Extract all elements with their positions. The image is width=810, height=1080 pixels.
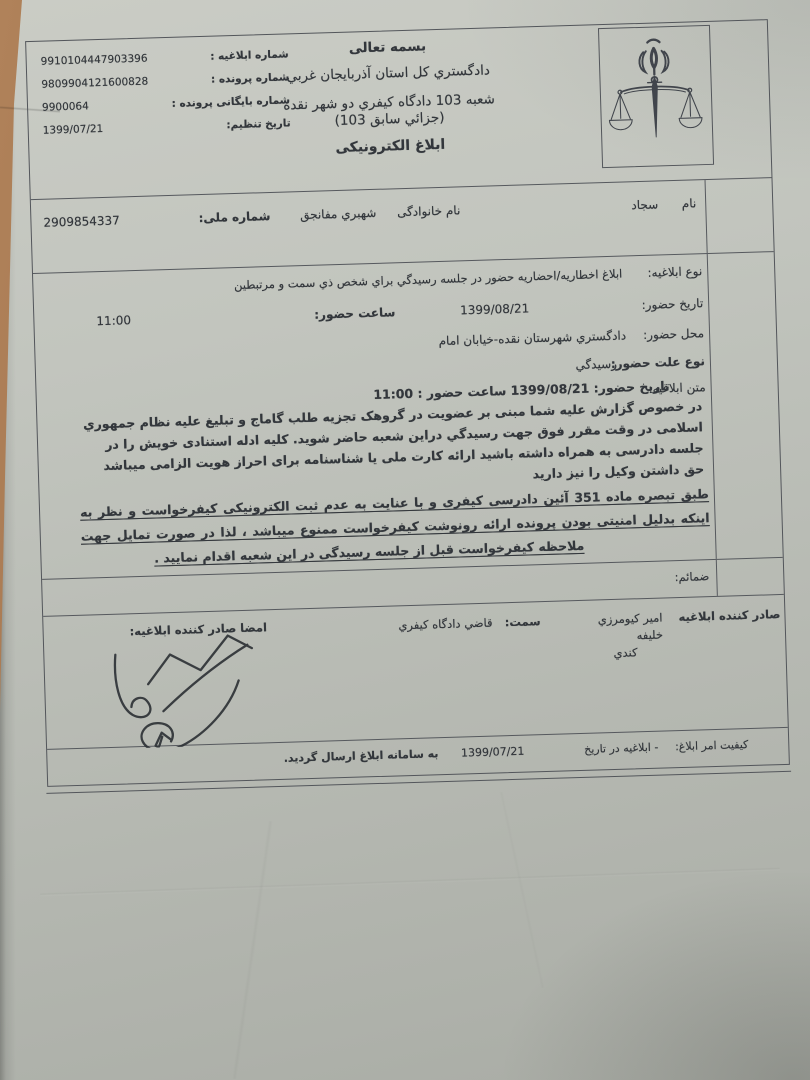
appearance-reason-value: رسیدگي — [575, 357, 617, 372]
cell-divider — [716, 560, 718, 596]
legal-note-underlined: طبق تبصره ماده 351 آئین دادرسی کیفری و ب… — [80, 482, 711, 573]
notification-form: بسمه تعالی دادگستري کل استان آذربایجان غ… — [25, 19, 790, 787]
delivery-text-suffix: به سامانه ابلاغ ارسال گردید. — [284, 747, 439, 765]
appearance-place-label: محل حضور: — [643, 326, 704, 342]
handwritten-signature — [62, 632, 275, 750]
delivery-text-prefix: - ابلاغیه در تاریخ — [584, 741, 659, 756]
notice-number-value: 9910104447903396 — [33, 52, 161, 68]
first-name-label: نام — [682, 196, 697, 210]
appearance-time-label: ساعت حضور: — [314, 305, 395, 321]
notice-number-label: شماره ابلاغیه : — [166, 48, 288, 64]
first-name-value: سجاد — [631, 197, 658, 212]
judiciary-scales-emblem — [605, 30, 705, 161]
issuer-name-line1: امیر کیومرزي خلیفه — [598, 611, 664, 643]
delivery-label: کیفیت امر ابلاغ: — [675, 738, 749, 753]
national-id-value: 2909854337 — [43, 213, 120, 229]
notice-details-section: نوع ابلاغیه: ابلاغ اخطاریه/احضاریه حضور … — [33, 252, 783, 580]
issuer-name: امیر کیومرزي خلیفه کندي — [586, 610, 663, 663]
header-meta-fields: شماره ابلاغیه : 9910104447903396 شماره پ… — [33, 48, 291, 137]
appearance-date-value: 1399/08/21 — [460, 301, 530, 317]
appearance-reason-label: نوع علت حضور: — [611, 354, 705, 371]
last-name-label: نام خانوادگی — [397, 203, 461, 219]
case-number-label: شماره پرونده : — [167, 71, 289, 87]
document-type-title: ابلاغ الکترونیکی — [190, 132, 590, 161]
issuer-name-line2: کندي — [587, 644, 663, 663]
appearance-place-value: دادگستري شهرستان نقده-خیابان امام — [438, 328, 626, 348]
issuer-role-value: قاضي دادگاه کیفري — [398, 616, 493, 633]
issue-date-value: 1399/07/21 — [35, 121, 163, 137]
issuer-section: صادر کننده ابلاغیه امیر کیومرزي خلیفه کن… — [43, 595, 788, 750]
judiciary-logo-box — [598, 25, 714, 168]
national-id-label: شماره ملی: — [198, 209, 270, 225]
issuer-label: صادر کننده ابلاغیه — [678, 607, 780, 624]
notice-type-label: نوع ابلاغیه: — [647, 264, 702, 280]
issuer-role-label: سمت: — [505, 614, 541, 629]
archive-number-label: شماره بایگانی پرونده : — [168, 94, 290, 110]
last-name-value: شهبري مفانجق — [300, 206, 377, 222]
archive-number-value: 9900064 — [34, 98, 162, 114]
attachments-label: ضمائم: — [674, 569, 709, 584]
appearance-time-value: 11:00 — [96, 313, 131, 328]
header-section: بسمه تعالی دادگستري کل استان آذربایجان غ… — [26, 20, 771, 200]
notice-body-text: تاریخ حضور: 1399/08/21 ساعت حضور : 11:00… — [81, 374, 705, 497]
case-number-value: 9809904121600828 — [33, 75, 161, 91]
delivery-date: 1399/07/21 — [461, 745, 525, 760]
cell-divider — [704, 180, 707, 253]
appearance-date-label: تاریخ حضور: — [641, 296, 703, 312]
notice-type-value: ابلاغ اخطاریه/احضاریه حضور در جلسه رسیدگ… — [234, 267, 623, 293]
